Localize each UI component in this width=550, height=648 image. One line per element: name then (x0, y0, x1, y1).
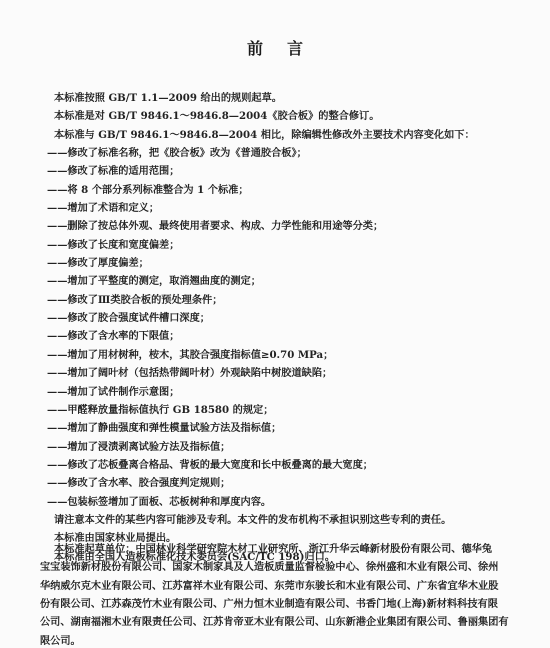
page-title: 前言 (0, 36, 550, 59)
drafting-units-line: 本标准起草单位：中国林业科学研究院木材工业研究所、浙江升华云峰新材股份有限公司、… (40, 541, 540, 559)
drafting-units-paragraph: 本标准起草单位：中国林业科学研究院木材工业研究所、浙江升华云峰新材股份有限公司、… (40, 541, 540, 648)
change-item: ——修改了Ⅲ类胶合板的预处理条件； (47, 291, 524, 309)
drafting-units-line: 限公司。 (40, 633, 540, 648)
patent-notice: 请注意本文件的某些内容可能涉及专利。本文件的发布机构不承担识别这些专利的责任。 (54, 511, 524, 529)
change-item: ——增加了试件制作示意图； (47, 383, 524, 401)
change-item: ——修改了长度和宽度偏差； (47, 236, 524, 254)
change-item: ——修改了标准的适用范围； (47, 162, 524, 180)
drafting-units-line: 公司、湖南福湘木业有限责任公司、江苏肯帝亚木业有限公司、山东新港企业集团有限公司… (40, 614, 540, 632)
drafting-units-line: 份有限公司、江苏森茂竹木业有限公司、广州力恒木业制造有限公司、书香门地(上海)新… (40, 596, 540, 614)
change-item: ——修改了厚度偏差； (47, 254, 524, 272)
foreword-body: 本标准按照 GB/T 1.1—2009 给出的规则起草。 本标准是对 GB/T … (54, 89, 524, 566)
intro-line: 本标准是对 GB/T 9846.1～9846.8—2004《胶合板》的整合修订。 (54, 107, 524, 125)
change-item: ——修改了含水率的下限值； (47, 327, 524, 345)
change-item: ——增加了平整度的测定，取消翘曲度的测定； (47, 272, 524, 290)
change-item: ——修改了芯板叠离合格品、背板的最大宽度和长中板叠离的最大宽度； (47, 456, 524, 474)
change-item: ——将 8 个部分系列标准整合为 1 个标准； (47, 181, 524, 199)
change-item: ——删除了按总体外观、最终使用者要求、构成、力学性能和用途等分类； (47, 217, 524, 235)
change-item: ——增加了静曲强度和弹性模量试验方法及指标值； (47, 419, 524, 437)
intro-line: 本标准与 GB/T 9846.1～9846.8—2004 相比，除编辑性修改外主… (54, 126, 524, 144)
change-item: ——甲醛释放量指标值执行 GB 18580 的规定； (47, 401, 524, 419)
change-item: ——增加了术语和定义； (47, 199, 524, 217)
change-item: ——包装标签增加了面板、芯板树种和厚度内容。 (47, 493, 524, 511)
drafting-units-line: 华纳威尔克木业有限公司、江苏富祥木业有限公司、东莞市东骏长和木业有限公司、广东省… (40, 578, 540, 596)
document-page: 前言 本标准按照 GB/T 1.1—2009 给出的规则起草。 本标准是对 GB… (0, 0, 550, 648)
change-item: ——增加了阔叶材（包括热带阔叶材）外观缺陷中树胶道缺陷； (47, 364, 524, 382)
drafting-units-line: 宝宝装饰新材股份有限公司、国家木制家具及人造板质量监督检验中心、徐州盛和木业有限… (40, 559, 540, 577)
intro-line: 本标准按照 GB/T 1.1—2009 给出的规则起草。 (54, 89, 524, 107)
change-item: ——修改了标准名称，把《胶合板》改为《普通胶合板》； (47, 144, 524, 162)
change-item: ——增加了用材树种，桉木，其胶合强度指标值≥0.70 MPa； (47, 346, 524, 364)
change-item: ——修改了含水率、胶合强度判定规则； (47, 474, 524, 492)
change-item: ——修改了胶合强度试件槽口深度； (47, 309, 524, 327)
change-item: ——增加了浸渍剥离试验方法及指标值； (47, 438, 524, 456)
